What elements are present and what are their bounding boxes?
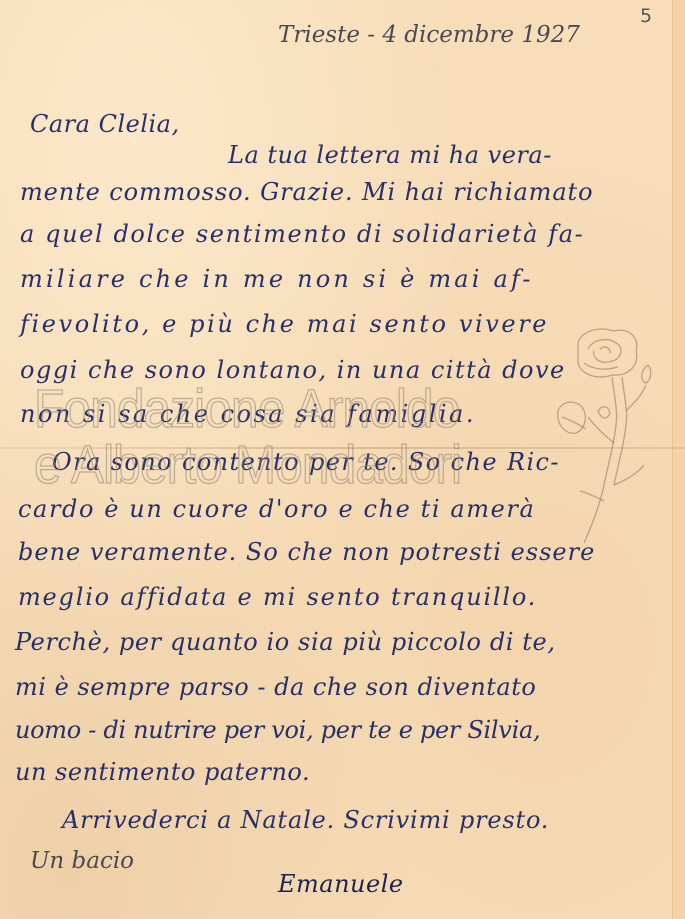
letter-line: bene veramente. So che non potresti esse… [18,540,595,564]
letter-line: mente commosso. Grazie. Mi hai richiamat… [20,180,593,204]
place-date: Trieste - 4 dicembre 1927 [278,24,580,47]
letter-line: Perchè, per quanto io sia più piccolo di… [15,630,556,654]
letter-line: fievolito, e più che mai sento vivere [20,312,549,336]
page-number: 5 [640,5,652,27]
rose-watermark-icon [548,325,668,545]
letter-line: uomo - di nutrire per voi, per te e per … [15,718,540,742]
letter-line: a quel dolce sentimento di solidarietà f… [20,222,584,246]
letter-line: meglio affidata e mi sento tranquillo. [18,585,537,609]
letter-line: mi è sempre parso - da che son diventato [15,675,536,699]
watermark-line-2: e Alberto Mondadori [34,438,461,492]
signature: Emanuele [278,872,404,896]
letter-line: un sentimento paterno. [15,760,310,784]
paper-edge [672,0,685,919]
letter-line: cardo è un cuore d'oro e che ti amerà [18,497,535,521]
closing-kiss: Un bacio [30,850,134,873]
closing-line: Arrivederci a Natale. Scrivimi presto. [62,808,549,832]
salutation: Cara Clelia, [30,112,180,136]
letter-line: La tua lettera mi ha vera- [228,143,552,167]
letter-line: miliare che in me non si è mai af- [20,267,534,291]
watermark-line-1: Fondazione Arnoldo [34,382,459,436]
